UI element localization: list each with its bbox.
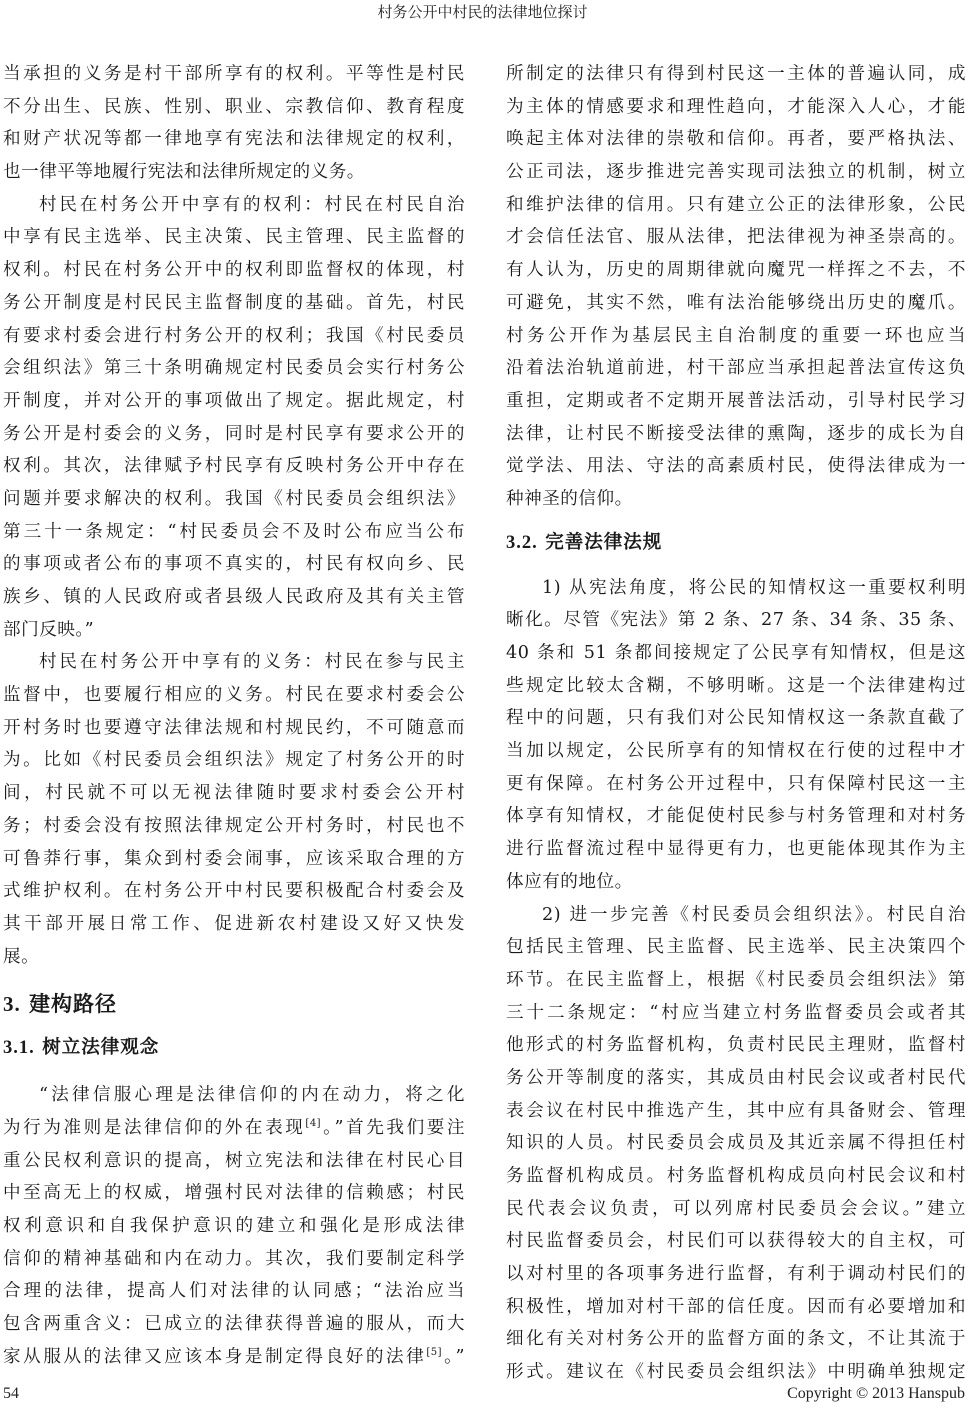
text-line: 表会议在村民中推选产生，其中应有具备财会、管理	[506, 1095, 965, 1128]
paragraph-3: 村民在村务公开中享有的义务：村民在参与民主 监督中，也要履行相应的义务。村民在要…	[3, 646, 465, 973]
copyright-notice: Copyright © 2013 Hanspub	[787, 1384, 965, 1404]
text-line: 村民在村务公开中享有的义务：村民在参与民主	[3, 646, 465, 679]
section-number: 3.2.	[506, 533, 538, 553]
text-line: 有要求村委会进行村务公开的权利；我国《村民委员	[3, 320, 465, 353]
text-line: 村务公开作为基层民主自治制度的重要一环也应当	[506, 320, 965, 353]
text-line: 细化有关对村务公开的监督方面的条文，不让其流于	[506, 1323, 965, 1356]
text-line: 所制定的法律只有得到村民这一主体的普遍认同，成	[506, 58, 965, 91]
text-line: 当加以规定，公民所享有的知情权在行使的过程中才	[506, 735, 965, 768]
running-head: 村务公开中村民的法律地位探讨	[0, 2, 965, 22]
text-line: 沿着法治轨道前进，村干部应当承担起普法宣传这负	[506, 352, 965, 385]
paragraph-7: 2) 进一步完善《村民委员会组织法》。村民自治 包括民主管理、民主监督、民主选举…	[506, 899, 965, 1389]
text-line: 觉学法、用法、守法的高素质村民，使得法律成为一	[506, 450, 965, 483]
text-line: 才会信任法官、服从法律，把法律视为神圣崇高的。	[506, 221, 965, 254]
text-fragment: 为行为准则是法律信仰的外在表现	[3, 1118, 305, 1138]
text-line: 法律，让村民不断接受法律的熏陶，逐步的成长为自	[506, 418, 965, 451]
text-line: 有人认为，历史的周期律就向魔咒一样挥之不去，不	[506, 254, 965, 287]
text-line: 他形式的村务监督机构，负责村民民主理财，监督村	[506, 1029, 965, 1062]
text-line: 部门反映。”	[3, 614, 465, 647]
text-line: 务公开制度是村民民主监督制度的基础。首先，村民	[3, 287, 465, 320]
text-line: 权利。其次，法律赋予村民享有反映村务公开中存在	[3, 450, 465, 483]
text-line: 种神圣的信仰。	[506, 483, 965, 516]
text-line: 三十二条规定：“村应当建立村务监督委员会或者其	[506, 997, 965, 1030]
text-line: 问题并要求解决的权利。我国《村民委员会组织法》	[3, 483, 465, 516]
text-line: 以对村里的各项事务进行监督，有利于调动村民们的	[506, 1258, 965, 1291]
citation-4[interactable]: [4]	[305, 1118, 321, 1129]
spacer	[3, 1069, 465, 1079]
text-line: 1) 从宪法角度，将公民的知情权这一重要权利明	[506, 572, 965, 605]
text-line: 体享有知情权，才能促使村民参与村务管理和对村务	[506, 800, 965, 833]
spacer	[506, 564, 965, 572]
text-line: 信仰的精神基础和内在动力。其次，我们要制定科学	[3, 1243, 465, 1276]
text-line: 唤起主体对法律的崇敬和信仰。再者，要严格执法、	[506, 123, 965, 156]
text-line: 开村务时也要遵守法律法规和村规民约，不可随意而	[3, 712, 465, 745]
paragraph-1: 当承担的义务是村干部所享有的权利。平等性是村民 不分出生、民族、性别、职业、宗教…	[3, 58, 465, 189]
text-fragment: 家从服从的法律又应该本身是制定得良好的法律	[3, 1347, 426, 1367]
section-number: 3.1.	[3, 1038, 35, 1058]
text-line: 知识的人员。村民委员会成员及其近亲属不得担任村	[506, 1127, 965, 1160]
citation-5[interactable]: [5]	[426, 1347, 442, 1358]
text-line: 第三十一条规定：“村民委员会不及时公布应当公布	[3, 516, 465, 549]
text-line: 也一律平等地履行宪法和法律所规定的义务。	[3, 156, 465, 189]
text-line: 进行监督流过程中显得更有力，也更能体现其作为主	[506, 833, 965, 866]
right-column: 所制定的法律只有得到村民这一主体的普遍认同，成 为主体的情感要求和理性趋向，才能…	[506, 58, 965, 1389]
paragraph-2: 村民在村务公开中享有的权利：村民在村民自治 中享有民主选举、民主决策、民主管理、…	[3, 189, 465, 647]
text-line: 会组织法》第三十条明确规定村民委员会实行村务公	[3, 352, 465, 385]
text-line: 包括民主管理、民主监督、民主选举、民主决策四个	[506, 931, 965, 964]
section-number: 3.	[3, 992, 21, 1016]
text-line: 不分出生、民族、性别、职业、宗教信仰、教育程度	[3, 91, 465, 124]
text-line: 更有保障。在村务公开过程中，只有保障村民这一主	[506, 768, 965, 801]
text-line: 村民监督委员会，村民们可以获得较大的自主权，可	[506, 1225, 965, 1258]
text-line: 2) 进一步完善《村民委员会组织法》。村民自治	[506, 899, 965, 932]
text-line: 其干部开展日常工作、促进新农村建设又好又快发	[3, 908, 465, 941]
section-heading-3-1: 3.1. 树立法律观念	[3, 1027, 465, 1069]
section-title: 完善法律法规	[545, 532, 662, 553]
text-line: 体应有的地位。	[506, 866, 965, 899]
text-line: 可鲁莽行事，集众到村委会闹事，应该采取合理的方	[3, 843, 465, 876]
text-line: 40 条和 51 条都间接规定了公民享有知情权，但是这	[506, 637, 965, 670]
text-line: 的事项或者公布的事项不真实的，村民有权向乡、民	[3, 548, 465, 581]
text-line: 中至高无上的权威，增强村民对法律的信赖感；村民	[3, 1177, 465, 1210]
text-line: 族乡、镇的人民政府或者县级人民政府及其有关主管	[3, 581, 465, 614]
text-line: 公正司法，逐步推进完善实现司法独立的机制，树立	[506, 156, 965, 189]
text-line: 为行为准则是法律信仰的外在表现[4]。”首先我们要注	[3, 1112, 465, 1145]
text-line: 合理的法律，提高人们对法律的认同感；“法治应当	[3, 1275, 465, 1308]
text-line: 监督中，也要履行相应的义务。村民在要求村委会公	[3, 679, 465, 712]
text-line: 式维护权利。在村务公开中村民要积极配合村委会及	[3, 875, 465, 908]
text-line: 展。	[3, 941, 465, 974]
text-line: 村民在村务公开中享有的权利：村民在村民自治	[3, 189, 465, 222]
text-line: 开制度，并对公开的事项做出了规定。据此规定，村	[3, 385, 465, 418]
text-line: 些规定比较太含糊，不够明晰。这是一个法律建构过	[506, 670, 965, 703]
text-line: 和维护法律的信用。只有建立公正的法律形象，公民	[506, 189, 965, 222]
text-line: 间，村民就不可以无视法律随时要求村委会公开村	[3, 777, 465, 810]
page-number: 54	[3, 1384, 19, 1404]
text-line: 环节。在民主监督上，根据《村民委员会组织法》第	[506, 964, 965, 997]
text-line: 程中的问题，只有我们对公民知情权这一条款直截了	[506, 702, 965, 735]
text-line: 务；村委会没有按照法律规定公开村务时，村民也不	[3, 810, 465, 843]
text-line: 重公民权利意识的提高，树立宪法和法律在村民心目	[3, 1145, 465, 1178]
section-title: 建构路径	[29, 992, 117, 1016]
text-line: 当承担的义务是村干部所享有的权利。平等性是村民	[3, 58, 465, 91]
text-line: 为主体的情感要求和理性趋向，才能深入人心，才能	[506, 91, 965, 124]
text-line: 和财产状况等都一律地享有宪法和法律规定的权利，	[3, 123, 465, 156]
text-line: 重担，定期或者不定期开展普法活动，引导村民学习	[506, 385, 965, 418]
text-line: 积极性，增加对村干部的信任度。因而有必要增加和	[506, 1291, 965, 1324]
text-fragment: 。”首先我们要注	[321, 1118, 465, 1138]
left-column: 当承担的义务是村干部所享有的权利。平等性是村民 不分出生、民族、性别、职业、宗教…	[3, 58, 465, 1373]
text-fragment: 。”	[442, 1347, 465, 1367]
text-line: 家从服从的法律又应该本身是制定得良好的法律[5]。”	[3, 1341, 465, 1374]
text-line: 权利。村民在村务公开中的权利即监督权的体现，村	[3, 254, 465, 287]
text-line: 民代表会议负责，可以列席村民委员会会议。”建立	[506, 1193, 965, 1226]
paragraph-5: 所制定的法律只有得到村民这一主体的普遍认同，成 为主体的情感要求和理性趋向，才能…	[506, 58, 965, 516]
text-line: 权利意识和自我保护意识的建立和强化是形成法律	[3, 1210, 465, 1243]
text-line: 可避免，其实不然，唯有法治能够绕出历史的魔爪。	[506, 287, 965, 320]
text-line: 务公开是村委会的义务，同时是村民享有要求公开的	[3, 418, 465, 451]
section-heading-3: 3. 建构路径	[3, 981, 465, 1027]
paragraph-4: “法律信服心理是法律信仰的内在动力，将之化 为行为准则是法律信仰的外在表现[4]…	[3, 1079, 465, 1373]
text-line: 中享有民主选举、民主决策、民主管理、民主监督的	[3, 221, 465, 254]
text-line: 务监督机构成员。村务监督机构成员向村民会议和村	[506, 1160, 965, 1193]
section-heading-3-2: 3.2. 完善法律法规	[506, 522, 965, 564]
section-title: 树立法律观念	[42, 1037, 159, 1058]
text-line: “法律信服心理是法律信仰的内在动力，将之化	[3, 1079, 465, 1112]
text-line: 包含两重含义：已成立的法律获得普遍的服从，而大	[3, 1308, 465, 1341]
text-line: 晰化。尽管《宪法》第 2 条、27 条、34 条、35 条、	[506, 604, 965, 637]
spacer	[3, 973, 465, 981]
text-line: 为。比如《村民委员会组织法》规定了村务公开的时	[3, 744, 465, 777]
paragraph-6: 1) 从宪法角度，将公民的知情权这一重要权利明 晰化。尽管《宪法》第 2 条、2…	[506, 572, 965, 899]
text-line: 务公开等制度的落实，其成员由村民会议或者村民代	[506, 1062, 965, 1095]
